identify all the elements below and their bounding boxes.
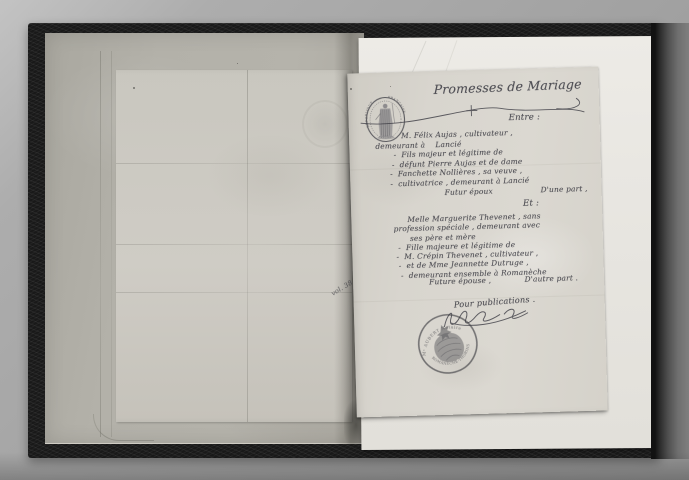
section-heading-et: Et : (523, 198, 539, 208)
document-title: Promesses de Mariage (425, 76, 589, 97)
ink-speck (133, 87, 135, 89)
title-flourish (352, 96, 593, 131)
fold-crease-horizontal (116, 163, 352, 164)
fold-crease-vertical (247, 70, 248, 422)
paper-crease (445, 40, 457, 72)
bride-part-label: D'autre part . (524, 273, 578, 283)
fold-crease-horizontal (116, 292, 352, 293)
groom-part-label: D'une part , (540, 184, 587, 194)
ink-speck (237, 63, 238, 64)
section-heading-entre: Entre : (508, 112, 540, 123)
book-fore-edge (651, 23, 689, 459)
bride-role-label: Future épouse , (429, 276, 491, 287)
page-edge-line (111, 51, 112, 437)
fold-crease-horizontal (116, 244, 352, 245)
groom-role-label: Futur époux (444, 187, 492, 197)
ink-speck (350, 88, 352, 90)
folded-blank-letter (116, 70, 352, 422)
scan-photo: RÉPUBLIQUE FRANÇAISE Promesses de Mariag… (0, 0, 689, 480)
marriage-banns-document: RÉPUBLIQUE FRANÇAISE Promesses de Mariag… (347, 67, 608, 418)
ink-speck (390, 86, 391, 87)
page-edge-line (100, 51, 101, 437)
paper-crease (412, 41, 427, 73)
bride-section: Melle Marguerite Thevenet , sans profess… (351, 210, 604, 282)
groom-section: M. Félix Aujas , cultivateur , demeurant… (349, 126, 602, 191)
